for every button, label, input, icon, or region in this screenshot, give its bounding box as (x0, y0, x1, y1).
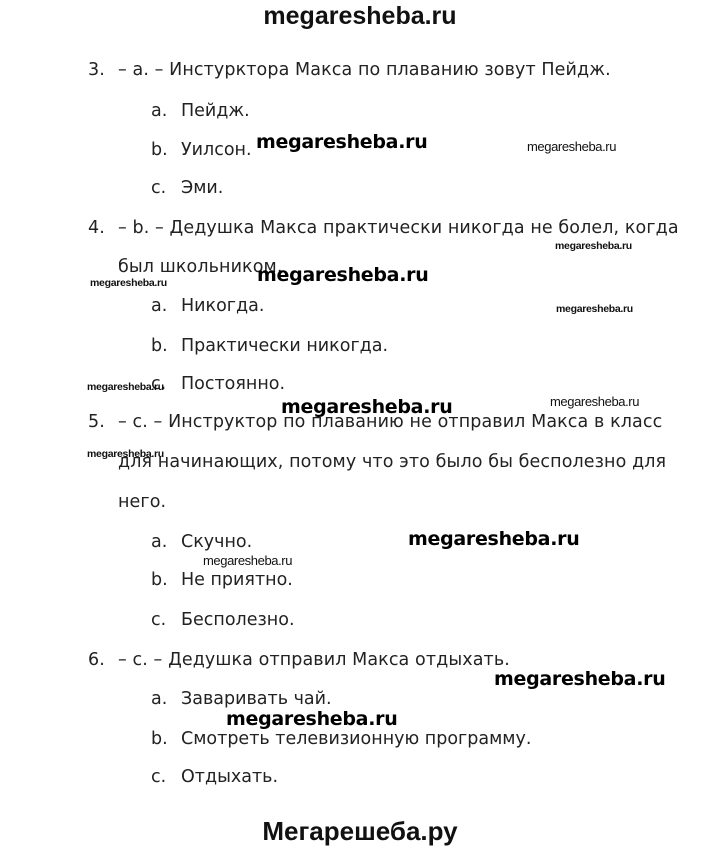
option-4c: c.Постоянно. (151, 374, 285, 394)
option-6a: a.Заваривать чай. (151, 689, 332, 709)
watermark: megaresheba.ru (556, 303, 633, 315)
watermark: megaresheba.ru (527, 139, 616, 154)
question-6: 6.– c. – Дедушка отправил Макса отдыхать… (88, 650, 510, 670)
watermark: megaresheba.ru (90, 277, 167, 289)
question-5-continuation-2: него. (118, 492, 166, 512)
question-number: 5. (88, 412, 118, 432)
watermark: megaresheba.ru (256, 131, 427, 153)
option-4a: a.Никогда. (151, 296, 264, 316)
question-number: 4. (88, 218, 118, 238)
watermark: megaresheba.ru (550, 394, 639, 409)
question-5-continuation-1: для начинающих, потому что это было бы б… (118, 452, 666, 472)
question-3: 3.– a. – Инстурктора Макса по плаванию з… (88, 60, 611, 80)
option-3b: b.Уилсон. (151, 140, 252, 160)
option-5b: b.Не приятно. (151, 570, 293, 590)
question-number: 3. (88, 60, 118, 80)
watermark: megaresheba.ru (494, 668, 665, 690)
watermark: megaresheba.ru (87, 381, 164, 393)
watermark: megaresheba.ru (87, 448, 164, 460)
option-3a: a.Пейдж. (151, 101, 250, 121)
question-text: – c. – Дедушка отправил Макса отдыхать. (118, 650, 510, 670)
watermark: megaresheba.ru (408, 528, 579, 550)
question-number: 6. (88, 650, 118, 670)
watermark: megaresheba.ru (555, 240, 632, 252)
option-5a: a.Скучно. (151, 532, 252, 552)
option-6c: c.Отдыхать. (151, 767, 278, 787)
watermark: megaresheba.ru (226, 708, 397, 730)
site-header: megaresheba.ru (0, 2, 720, 31)
option-4b: b.Практически никогда. (151, 336, 388, 356)
site-footer: Мегарешеба.ру (0, 816, 720, 847)
question-text: – b. – Дедушка Макса практически никогда… (118, 218, 679, 238)
watermark: megaresheba.ru (257, 264, 428, 286)
option-3c: c.Эми. (151, 178, 223, 198)
question-text: – a. – Инстурктора Макса по плаванию зов… (118, 60, 611, 80)
option-5c: c.Бесполезно. (151, 610, 295, 630)
watermark: megaresheba.ru (281, 396, 452, 418)
option-6b: b.Смотреть телевизионную программу. (151, 729, 531, 749)
watermark: megaresheba.ru (203, 553, 292, 568)
question-4: 4.– b. – Дедушка Макса практически никог… (88, 218, 679, 238)
